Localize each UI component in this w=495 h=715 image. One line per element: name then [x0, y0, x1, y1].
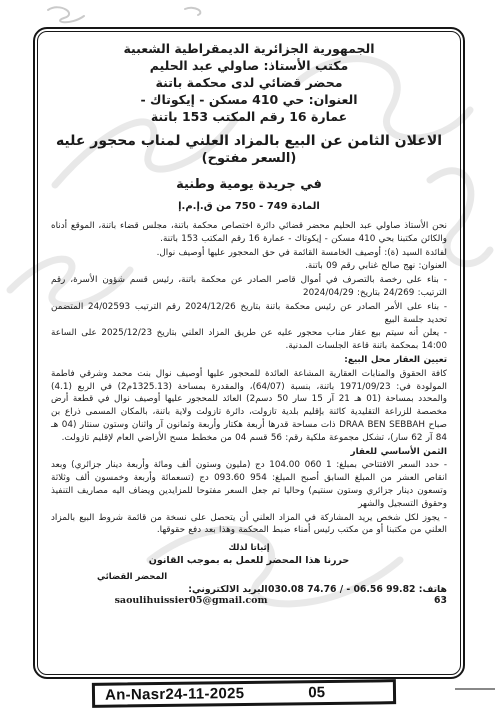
email-address: saoulihuissier05@gmail.com [115, 595, 268, 606]
office-address-line2: عمارة 16 رقم المكتب 153 باتنة [51, 108, 447, 125]
email-label: البريد الالكتروني: [188, 584, 267, 595]
office-name: مكتب الأستاذ: صاولي عبد الحليم [51, 57, 447, 74]
notice-title: الاعلان الثامن عن البيع بالمزاد العلني ل… [51, 132, 447, 150]
closing-line2: حررنا هذا المحضر للعمل به بموجب القانون [51, 554, 447, 568]
scan-edge-artifact [455, 688, 495, 690]
contact-line: هاتف: 030.08 74.76 / - 06.56 99.82 63 ال… [51, 584, 447, 606]
newspaper-date-stamp: An-Nasr24-11-2025 05 [92, 679, 396, 708]
closing-formula: إثباتا لذلك حررنا هذا المحضر للعمل به بم… [51, 542, 447, 568]
body-paragraph-property-description: كافة الحقوق والمنابات العقارية المشاعة ا… [51, 368, 447, 445]
body-paragraph-price-details: - حدد السعر الافتتاحي بمبلغ: 1 060 104.0… [51, 459, 447, 510]
phone-group: هاتف: 030.08 74.76 / - 06.56 99.82 63 [268, 584, 447, 606]
section-base-price: الثمن الأساسي للعقار [51, 446, 447, 459]
notice-body: نحن الأستاذ صاولي عبد الحليم محضر قضائي … [51, 220, 447, 537]
newspaper-page-number: 05 [308, 684, 325, 701]
notice-subtitle-open-price: (السعر مفتوح) [51, 150, 447, 168]
body-paragraph-address: العنوان: نهج صالح غنابي رقم 09 باتنة. [51, 260, 447, 273]
legal-article-reference: المادة 749 - 750 من ق.إ.م.إ [51, 200, 447, 213]
office-address-line1: العنوان: حي 410 مسكن - إيكوتاك - [51, 91, 447, 108]
letterhead: الجمهورية الجزائرية الديمقراطية الشعبية … [51, 40, 447, 125]
body-paragraph-beneficiary: لفائدة السيد (ة): أوصيف الخامسة القائمة … [51, 247, 447, 260]
body-paragraph-participation-terms: - يجوز لكل شخص يريد المشاركة في المزاد ا… [51, 512, 447, 538]
section-property-designation: تعيين العقار محل البيع: [51, 354, 447, 367]
body-paragraph-authorization: - بناء على رخصة بالتصرف في أموال قاصر ال… [51, 274, 447, 300]
scanned-legal-notice-page: الجمهورية الجزائرية الديمقراطية الشعبية … [0, 0, 495, 715]
body-paragraph: نحن الأستاذ صاولي عبد الحليم محضر قضائي … [51, 220, 447, 246]
closing-line1: إثباتا لذلك [51, 542, 447, 554]
republic-title: الجمهورية الجزائرية الديمقراطية الشعبية [51, 40, 447, 57]
signature-bailiff: المحضر القضائي [51, 572, 447, 582]
notice-border-frame: الجمهورية الجزائرية الديمقراطية الشعبية … [33, 27, 465, 679]
body-paragraph-court-order: - بناء على الأمر الصادر عن رئيس محكمة با… [51, 301, 447, 327]
phone-label: هاتف: [419, 584, 447, 595]
body-paragraph-auction-date: - يعلن أنه سيتم بيع عقار مناب محجور عليه… [51, 327, 447, 353]
publication-medium: في جريدة يومية وطنية [51, 176, 447, 193]
notice-content: الجمهورية الجزائرية الديمقراطية الشعبية … [37, 31, 461, 675]
newspaper-name-date: An-Nasr24-11-2025 [105, 685, 245, 704]
email-group: البريد الالكتروني: saoulihuissier05@gmai… [51, 584, 268, 606]
bailiff-role: محضر قضائي لدى محكمة باتنة [51, 74, 447, 91]
